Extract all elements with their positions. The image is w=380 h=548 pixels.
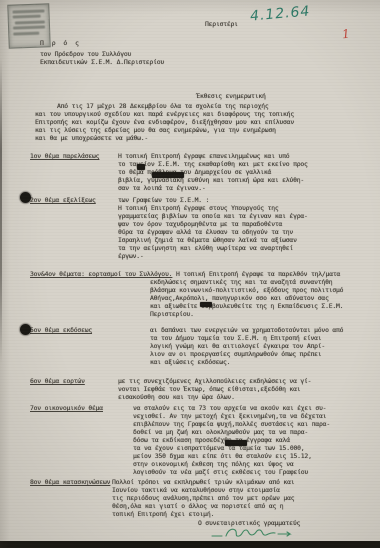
document-title: Έκθεσις ενημερωτική bbox=[150, 92, 312, 100]
scanned-letter-page: Περιστέρι 4.12.64 1 Π ρ ό ς τον Πρόεδρον… bbox=[0, 0, 380, 548]
section-body: Η τοπική Επιτροπή έγραψε τα παρελθόν τηλ… bbox=[150, 270, 358, 318]
recipient-line-2: Εκπαιδευτικών Σ.Ε.Μ. Δ.Περιστερίου bbox=[40, 58, 164, 66]
stamp-text-line bbox=[13, 15, 41, 19]
scan-edge-shadow bbox=[0, 58, 2, 364]
recipient-line-1: τον Πρόεδρον του Συλλόγου bbox=[40, 50, 131, 58]
stamp-text-line bbox=[13, 25, 45, 29]
section-heading: 5ον θέμα εκδόσεως bbox=[30, 326, 92, 334]
section-body: των Γραφείων του Σ.Ε.Μ. :Η τοπική Επιτρο… bbox=[118, 196, 358, 260]
handwritten-signature bbox=[208, 526, 294, 542]
punch-hole-mark bbox=[20, 192, 31, 203]
section-heading: 6ον θέμα εορτών bbox=[30, 377, 85, 385]
ink-blot-mark bbox=[200, 302, 212, 307]
section-heading: 8ον θέμα κατασκηνώσεων bbox=[30, 478, 110, 486]
section-heading: 7ον οικονομικόν θέμα bbox=[30, 404, 103, 412]
stamp-text-line bbox=[15, 20, 45, 24]
section-body: αι δαπάναι των ενεργειών να χρηματοδοτού… bbox=[150, 326, 358, 366]
section-heading: 2ον θέμα εξελίξεως bbox=[30, 196, 96, 204]
section-body: Πολλοί τρόποι να εκπληρωθεί τριών κλιμάκ… bbox=[112, 478, 358, 518]
intro-paragraph: Από τις 17 μέχρι 28 Δεκεμβρίου όλα τα σχ… bbox=[35, 102, 359, 142]
punch-hole-mark bbox=[20, 324, 31, 335]
redaction-mark bbox=[152, 172, 184, 178]
stamp-text-line bbox=[12, 9, 44, 13]
stamp-text-line bbox=[13, 31, 39, 35]
redaction-mark bbox=[225, 440, 247, 446]
typed-place: Περιστέρι bbox=[205, 20, 238, 28]
scan-edge-bar bbox=[0, 541, 380, 548]
section-body: με τις συνεχιζόμενες Αχιλλοπούλειες εκδη… bbox=[118, 377, 358, 401]
handwritten-date: 4.12.64 bbox=[249, 3, 311, 24]
salutation-to-label: Π ρ ό ς bbox=[40, 39, 81, 47]
section-heading: 1ον θέμα παρελάσεως bbox=[30, 152, 99, 160]
ink-blot-mark bbox=[137, 164, 145, 170]
page-number-mark: 1 bbox=[341, 27, 350, 42]
